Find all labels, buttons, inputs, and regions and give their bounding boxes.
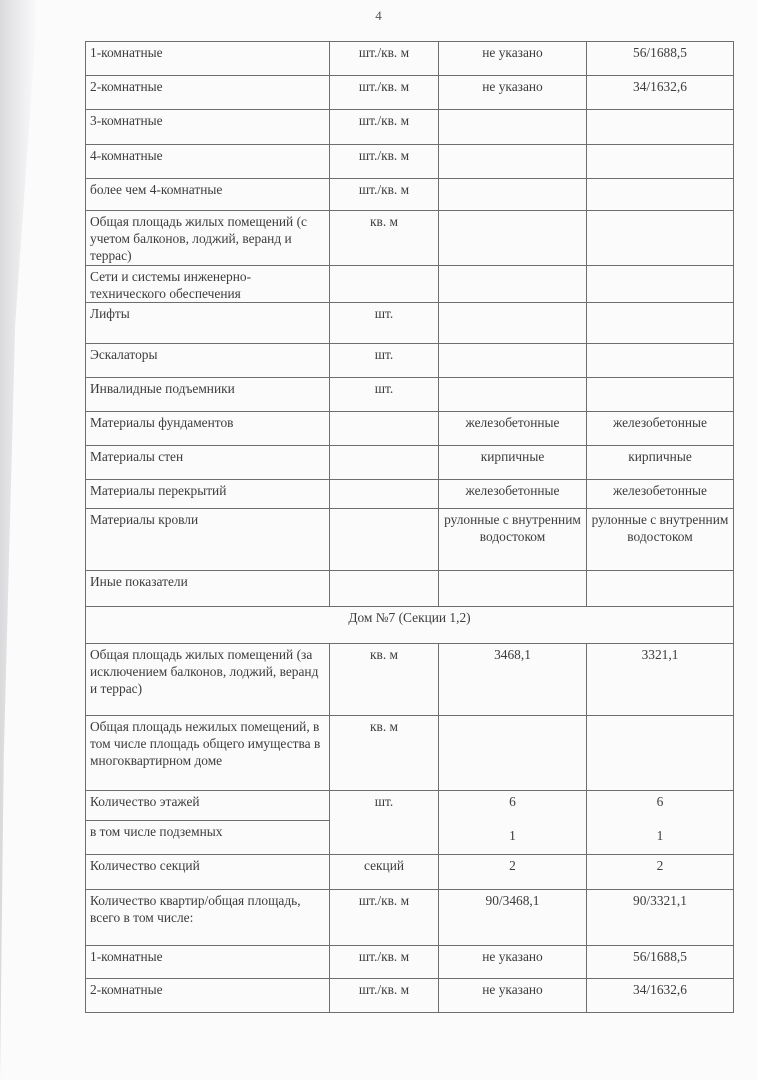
row-label: Общая площадь жилых помещений (с учетом … [86, 211, 330, 266]
row-actual-value: 34/1632,6 [587, 76, 734, 110]
page-number: 4 [0, 8, 757, 24]
table-row: Общая площадь нежилых помещений, в том ч… [86, 716, 734, 791]
floors-total: 6 [591, 793, 729, 827]
row-project-value: кирпичные [439, 446, 587, 480]
row-project-value: железобетонные [439, 480, 587, 509]
floors-total: 6 [443, 793, 582, 827]
row-unit [330, 446, 439, 480]
table-row: Иные показатели [86, 571, 734, 607]
row-actual-value: 90/3321,1 [587, 890, 734, 946]
row-label: Материалы стен [86, 446, 330, 480]
row-project-value [439, 179, 587, 211]
row-label: Материалы кровли [86, 509, 330, 571]
row-actual-value: 61 [587, 791, 734, 855]
table-row: 1-комнатныешт./кв. мне указано56/1688,5 [86, 946, 734, 979]
table-row: 2-комнатныешт./кв. мне указано34/1632,6 [86, 979, 734, 1013]
row-unit: кв. м [330, 644, 439, 716]
row-unit: шт. [330, 344, 439, 378]
row-actual-value [587, 344, 734, 378]
row-label: Сети и системы инженерно-технического об… [86, 266, 330, 303]
row-label: Количество квартир/общая площадь, всего … [86, 890, 330, 946]
row-unit: секций [330, 855, 439, 890]
table-row: Инвалидные подъемникишт. [86, 378, 734, 412]
row-project-value: не указано [439, 76, 587, 110]
row-label: Материалы перекрытий [86, 480, 330, 509]
row-unit: шт. [330, 303, 439, 344]
row-actual-value: 3321,1 [587, 644, 734, 716]
row-actual-value: 56/1688,5 [587, 42, 734, 76]
floors-underground: 1 [591, 827, 729, 844]
row-project-value: не указано [439, 946, 587, 979]
table-row: 2-комнатныешт./кв. мне указано34/1632,6 [86, 76, 734, 110]
row-unit: шт./кв. м [330, 42, 439, 76]
row-project-value [439, 266, 587, 303]
row-label: 4-комнатные [86, 145, 330, 179]
row-actual-value [587, 110, 734, 145]
row-project-value [439, 344, 587, 378]
row-unit: шт./кв. м [330, 76, 439, 110]
row-project-value: 61 [439, 791, 587, 855]
row-label: Общая площадь нежилых помещений, в том ч… [86, 716, 330, 791]
row-unit [330, 509, 439, 571]
row-unit [330, 480, 439, 509]
table-row: Количество секцийсекций22 [86, 855, 734, 890]
row-project-value: железобетонные [439, 412, 587, 446]
table-row: Эскалаторышт. [86, 344, 734, 378]
scan-edge-shadow [0, 0, 38, 1080]
table-row: Общая площадь жилых помещений (с учетом … [86, 211, 734, 266]
row-label: Лифты [86, 303, 330, 344]
table-row: более чем 4-комнатныешт./кв. м [86, 179, 734, 211]
table-row: Количество квартир/общая площадь, всего … [86, 890, 734, 946]
row-actual-value: железобетонные [587, 480, 734, 509]
row-actual-value [587, 179, 734, 211]
row-project-value [439, 571, 587, 607]
row-project-value [439, 211, 587, 266]
row-unit: шт. [330, 378, 439, 412]
row-unit: кв. м [330, 211, 439, 266]
row-actual-value [587, 211, 734, 266]
row-actual-value [587, 145, 734, 179]
row-project-value [439, 378, 587, 412]
row-actual-value [587, 716, 734, 791]
row-project-value: не указано [439, 979, 587, 1013]
row-unit [330, 412, 439, 446]
table-row: Материалы стенкирпичныекирпичные [86, 446, 734, 480]
row-label: Количество этажей [86, 791, 330, 821]
table-row: 3-комнатныешт./кв. м [86, 110, 734, 145]
section-row: Дом №7 (Секции 1,2) [86, 607, 734, 644]
row-actual-value [587, 571, 734, 607]
row-unit: кв. м [330, 716, 439, 791]
row-label: в том числе подземных [86, 821, 330, 855]
row-label: Материалы фундаментов [86, 412, 330, 446]
row-label: 2-комнатные [86, 76, 330, 110]
table-row: Общая площадь жилых помещений (за исключ… [86, 644, 734, 716]
row-label: более чем 4-комнатные [86, 179, 330, 211]
section-title: Дом №7 (Секции 1,2) [86, 607, 734, 644]
table-row: 4-комнатныешт./кв. м [86, 145, 734, 179]
row-actual-value: 34/1632,6 [587, 979, 734, 1013]
row-project-value: 3468,1 [439, 644, 587, 716]
row-actual-value [587, 303, 734, 344]
row-label: Количество секций [86, 855, 330, 890]
table-row: Сети и системы инженерно-технического об… [86, 266, 734, 303]
row-project-value: 90/3468,1 [439, 890, 587, 946]
row-actual-value [587, 378, 734, 412]
row-label: Общая площадь жилых помещений (за исключ… [86, 644, 330, 716]
row-label: Эскалаторы [86, 344, 330, 378]
row-label: Инвалидные подъемники [86, 378, 330, 412]
row-project-value: 2 [439, 855, 587, 890]
table-row: Материалы кровлирулонные с внутренним во… [86, 509, 734, 571]
row-actual-value: рулонные с внутренним водостоком [587, 509, 734, 571]
row-project-value: рулонные с внутренним водостоком [439, 509, 587, 571]
row-label: 3-комнатные [86, 110, 330, 145]
row-actual-value: кирпичные [587, 446, 734, 480]
table-row: 1-комнатныешт./кв. мне указано56/1688,5 [86, 42, 734, 76]
table-row: Лифтышт. [86, 303, 734, 344]
table-row: Материалы перекрытийжелезобетонныежелезо… [86, 480, 734, 509]
row-unit: шт./кв. м [330, 179, 439, 211]
row-actual-value: железобетонные [587, 412, 734, 446]
table-row: Материалы фундаментовжелезобетонныежелез… [86, 412, 734, 446]
row-unit: шт./кв. м [330, 946, 439, 979]
row-unit [330, 266, 439, 303]
row-unit: шт./кв. м [330, 110, 439, 145]
row-unit: шт./кв. м [330, 145, 439, 179]
building-specs-table: 1-комнатныешт./кв. мне указано56/1688,52… [85, 41, 734, 1013]
row-unit: шт./кв. м [330, 979, 439, 1013]
row-project-value: не указано [439, 42, 587, 76]
row-actual-value: 2 [587, 855, 734, 890]
row-label: 1-комнатные [86, 946, 330, 979]
row-project-value [439, 303, 587, 344]
row-unit: шт. [330, 791, 439, 855]
row-unit: шт./кв. м [330, 890, 439, 946]
row-label: 1-комнатные [86, 42, 330, 76]
row-actual-value: 56/1688,5 [587, 946, 734, 979]
row-project-value [439, 716, 587, 791]
row-unit [330, 571, 439, 607]
table-row: Количество этажейшт.6161 [86, 791, 734, 821]
row-label: 2-комнатные [86, 979, 330, 1013]
row-project-value [439, 145, 587, 179]
row-project-value [439, 110, 587, 145]
row-label: Иные показатели [86, 571, 330, 607]
floors-underground: 1 [443, 827, 582, 844]
row-actual-value [587, 266, 734, 303]
